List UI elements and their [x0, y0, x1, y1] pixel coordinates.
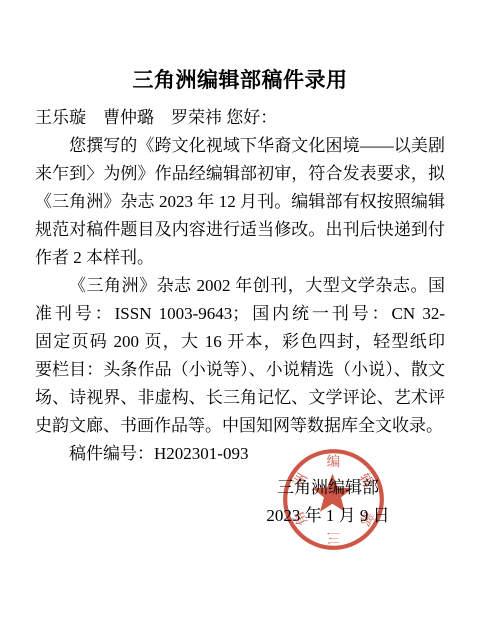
paragraph1-line: 《三角洲》杂志 2023 年 12 月刊。编辑部有权按照编辑出版: [35, 188, 445, 216]
paragraph1-line: 规范对稿件题目及内容进行适当修改。出刊后快递到付第一: [35, 216, 445, 244]
manuscript-number-line: 稿件编号：H202301-093: [35, 440, 445, 468]
signature-date: 2023 年 1 月 9 日: [246, 502, 410, 530]
letter-title: 三角洲编辑部稿件录用: [0, 0, 480, 96]
letter-body: 王乐璇 曹仲璐 罗荣祎 您好： 您撰写的《跨文化视域下华裔文化困境——以美剧〈初…: [0, 96, 480, 468]
paragraph1-line: 作者 2 本样刊。: [35, 244, 445, 272]
paragraph2-line: 准刊号：ISSN 1003-9643；国内统一刊号：CN 32-1043/G0。: [35, 300, 445, 328]
stamp-ring-char: 三: [326, 530, 340, 545]
paragraph2-line: 场、诗视界、非虚构、长三角记忆、文学评论、艺术评鉴、: [35, 384, 445, 412]
paragraph1-line: 您撰写的《跨文化视域下华裔文化困境——以美剧〈初: [35, 132, 445, 160]
letter-page: 三角洲编辑部稿件录用 王乐璇 曹仲璐 罗荣祎 您好： 您撰写的《跨文化视域下华裔…: [0, 0, 480, 643]
signature-name: 三角洲编辑部: [246, 474, 410, 502]
paragraph2-line: 《三角洲》杂志 2002 年创刊，大型文学杂志。国际标: [35, 272, 445, 300]
paragraph2-line: 史韵文廊、书画作品等。中国知网等数据库全文收录。: [35, 412, 445, 440]
paragraph1-line: 来乍到〉为例》作品经编辑部初审，符合发表要求，拟刊登: [35, 160, 445, 188]
greeting-line: 王乐璇 曹仲璐 罗荣祎 您好：: [35, 104, 445, 132]
paragraph2-line: 固定页码 200 页，大 16 开本，彩色四封，轻型纸印刷。主: [35, 328, 445, 356]
signature-block: 三角洲编辑部 2023 年 1 月 9 日: [246, 474, 410, 530]
paragraph2-line: 要栏目：头条作品（小说等）、小说精选（小说）、散文现: [35, 356, 445, 384]
